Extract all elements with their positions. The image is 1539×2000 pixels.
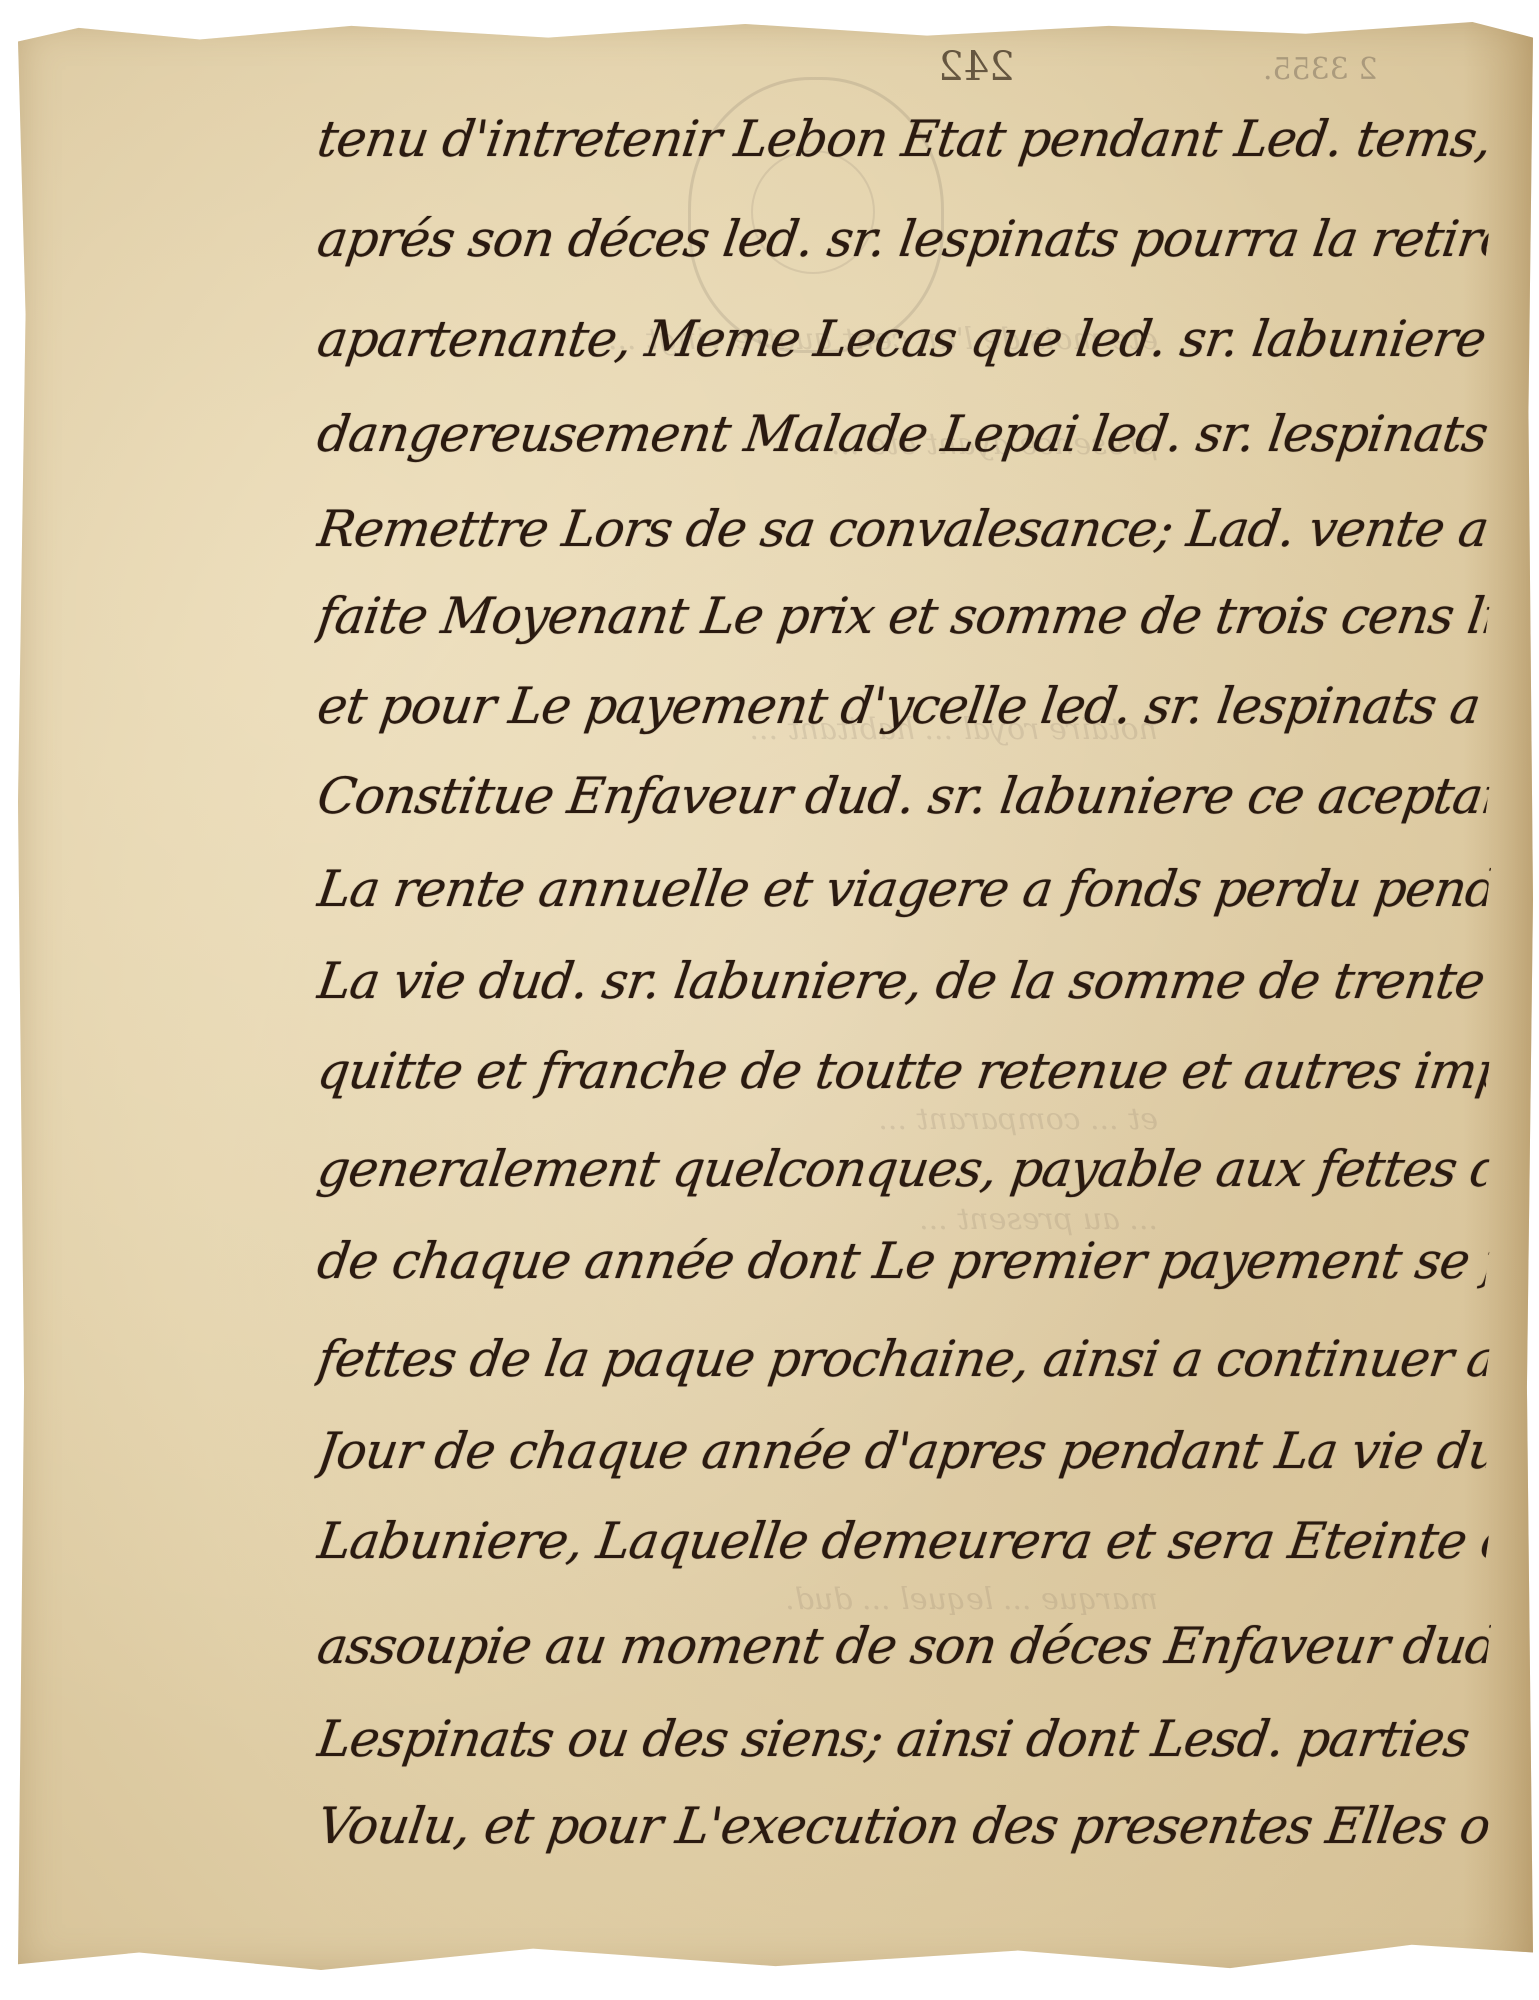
manuscript-line: Constitue Enfaveur dud. sr. labuniere ce… <box>314 767 1492 825</box>
manuscript-line: Lespinats ou des siens; ainsi dont Lesd.… <box>314 1710 1492 1768</box>
manuscript-line: tenu d'intretenir Lebon Etat pendant Led… <box>314 110 1492 168</box>
manuscript-line: generalement quelconques, payable aux fe… <box>314 1140 1492 1198</box>
manuscript-line: assoupie au moment de son déces Enfaveur… <box>314 1617 1492 1675</box>
manuscript-line: quitte et franche de toutte retenue et a… <box>314 1042 1492 1100</box>
manuscript-line: La vie dud. sr. labuniere, de la somme d… <box>314 952 1492 1010</box>
manuscript-line: La rente annuelle et viagere a fonds per… <box>314 860 1492 918</box>
bleed-through-text: marque ... lequel ... dud. <box>58 1582 1158 1617</box>
manuscript-line: Voulu, et pour L'execution des presentes… <box>314 1797 1492 1855</box>
manuscript-line: dangereusement Malade Lepai led. sr. les… <box>314 405 1492 463</box>
manuscript-page: 242 2 3355. ete mois de l'an cent quatre… <box>18 22 1533 1972</box>
manuscript-line: aprés son déces led. sr. lespinats pourr… <box>314 210 1492 268</box>
manuscript-line: Jour de chaque année d'apres pendant La … <box>314 1422 1492 1480</box>
faded-annotation: 2 3355. <box>1263 52 1378 87</box>
manuscript-line: et pour Le payement d'ycelle led. sr. le… <box>314 677 1492 735</box>
manuscript-line: fettes de la paque prochaine, ainsi a co… <box>314 1330 1492 1388</box>
manuscript-line: Remettre Lors de sa convalesance; Lad. v… <box>314 500 1492 558</box>
manuscript-line: Labuniere, Laquelle demeurera et sera Et… <box>314 1512 1492 1570</box>
bleed-through-text: et ... comparant ... <box>58 1102 1158 1137</box>
manuscript-line: de chaque année dont Le premier payement… <box>314 1232 1492 1290</box>
manuscript-line: faite Moyenant Le prix et somme de trois… <box>314 587 1492 645</box>
folio-number: 242 <box>938 44 1014 90</box>
manuscript-line: apartenante, Meme Lecas que led. sr. lab… <box>314 310 1492 368</box>
